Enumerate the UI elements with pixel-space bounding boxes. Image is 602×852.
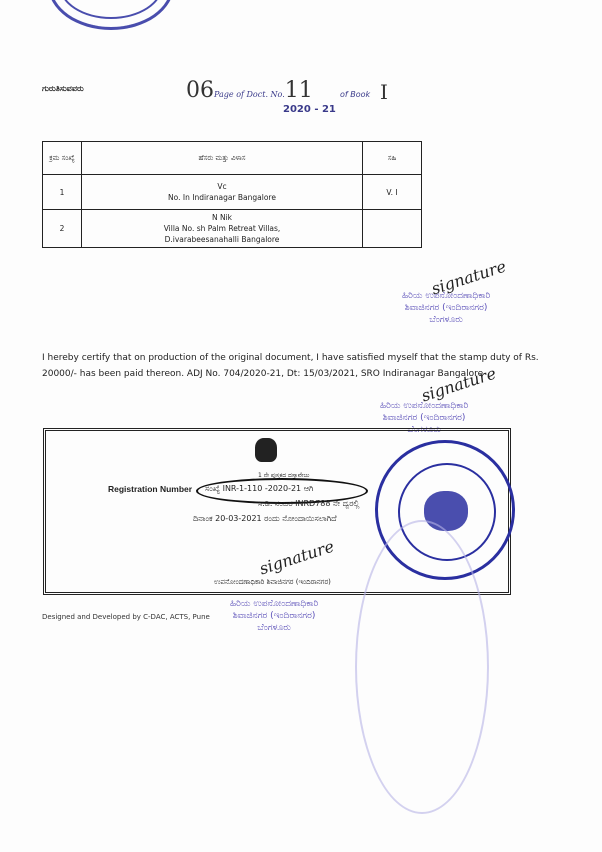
state-emblem-icon <box>255 438 277 462</box>
table-row: 1 Vc No. In Indiranagar Bangalore V. I <box>43 175 422 210</box>
page-of-doc-label: Page of Doct. No. <box>214 90 285 99</box>
doc-number: 11 <box>285 78 313 103</box>
registration-date-line: ದಿನಾಂಕ 20-03-2021 ರಂದು ನೋಂದಾಯಿಸಲಾಗಿದೆ <box>193 514 337 524</box>
row-signature: V. I <box>363 175 422 210</box>
officer-title-block: ಹಿರಿಯ ಉಪನೋಂದಣಾಧಿಕಾರಿ ಶಿವಾಜಿನಗರ (ಇಂದಿರಾನಗ… <box>402 290 490 326</box>
page-number: 06 <box>186 78 214 103</box>
footer-credit: Designed and Developed by C-DAC, ACTS, P… <box>42 613 210 621</box>
party-name: Vc <box>86 181 358 192</box>
row-serial: 2 <box>43 210 82 248</box>
officer-title-line1: ಹಿರಿಯ ಉಪನೋಂದಣಾಧಿಕಾರಿ <box>230 598 318 610</box>
registration-officer-line: ಉಪನೋಂದಣಾಧಿಕಾರಿ ಶಿವಾಜಿನಗರ (ಇಂದಿರಾನಗರ) <box>214 578 331 587</box>
table-header-row: ಕ್ರಮ ಸಂಖ್ಯೆ ಹೆಸರು ಮತ್ತು ವಿಳಾಸ ಸಹಿ <box>43 142 422 175</box>
party-address: No. In Indiranagar Bangalore <box>86 192 358 203</box>
parties-table: ಕ್ರಮ ಸಂಖ್ಯೆ ಹೆಸರು ಮತ್ತು ವಿಳಾಸ ಸಹಿ 1 Vc N… <box>42 141 422 248</box>
registration-number-label: Registration Number <box>108 484 192 494</box>
party-address-line2: D.ivarabeesanahalli Bangalore <box>86 234 358 245</box>
header-serial: ಕ್ರಮ ಸಂಖ್ಯೆ <box>43 142 82 175</box>
party-name: N Nik <box>86 212 358 223</box>
officer-title-line2: ಶಿವಾಜಿನಗರ (ಇಂದಿರಾನಗರ) <box>230 610 318 622</box>
witness-label: ಗುರುತಿಸುವವರು <box>42 84 84 94</box>
row-serial: 1 <box>43 175 82 210</box>
of-book-label: of Book <box>340 90 370 99</box>
table-row: 2 N Nik Villa No. sh Palm Retreat Villas… <box>43 210 422 248</box>
officer-title-block: ಹಿರಿಯ ಉಪನೋಂದಣಾಧಿಕಾರಿ ಶಿವಾಜಿನಗರ (ಇಂದಿರಾನಗ… <box>230 598 318 634</box>
officer-title-line1: ಹಿರಿಯ ಉಪನೋಂದಣಾಧಿಕಾರಿ <box>380 400 468 412</box>
office-seal-stamp <box>48 0 174 30</box>
officer-title-line3: ಬೆಂಗಳೂರು <box>230 622 318 634</box>
page-number-line: 06Page of Doct. No.11 <box>186 78 313 103</box>
header-name-address: ಹೆಸರು ಮತ್ತು ವಿಳಾಸ <box>82 142 363 175</box>
officer-title-line1: ಹಿರಿಯ ಉಪನೋಂದಣಾಧಿಕಾರಿ <box>402 290 490 302</box>
row-name-address: Vc No. In Indiranagar Bangalore <box>82 175 363 210</box>
faint-seal-impression <box>355 520 489 814</box>
row-signature <box>363 210 422 248</box>
party-address: Villa No. sh Palm Retreat Villas, <box>86 223 358 234</box>
book-number: I <box>380 80 388 104</box>
document-year: 2020 - 21 <box>283 104 336 115</box>
header-signature: ಸಹಿ <box>363 142 422 175</box>
officer-title-line3: ಬೆಂಗಳೂರು <box>402 314 490 326</box>
registration-cd-line: ಸಿ.ಡಿ. ನಂಬರ INRD788 ನೇ ದ್ವರಲ್ಲಿ <box>258 499 359 509</box>
officer-title-line2: ಶಿವಾಜಿನಗರ (ಇಂದಿರಾನಗರ) <box>402 302 490 314</box>
officer-title-line2: ಶಿವಾಜಿನಗರ (ಇಂದಿರಾನಗರ) <box>380 412 468 424</box>
row-name-address: N Nik Villa No. sh Palm Retreat Villas, … <box>82 210 363 248</box>
